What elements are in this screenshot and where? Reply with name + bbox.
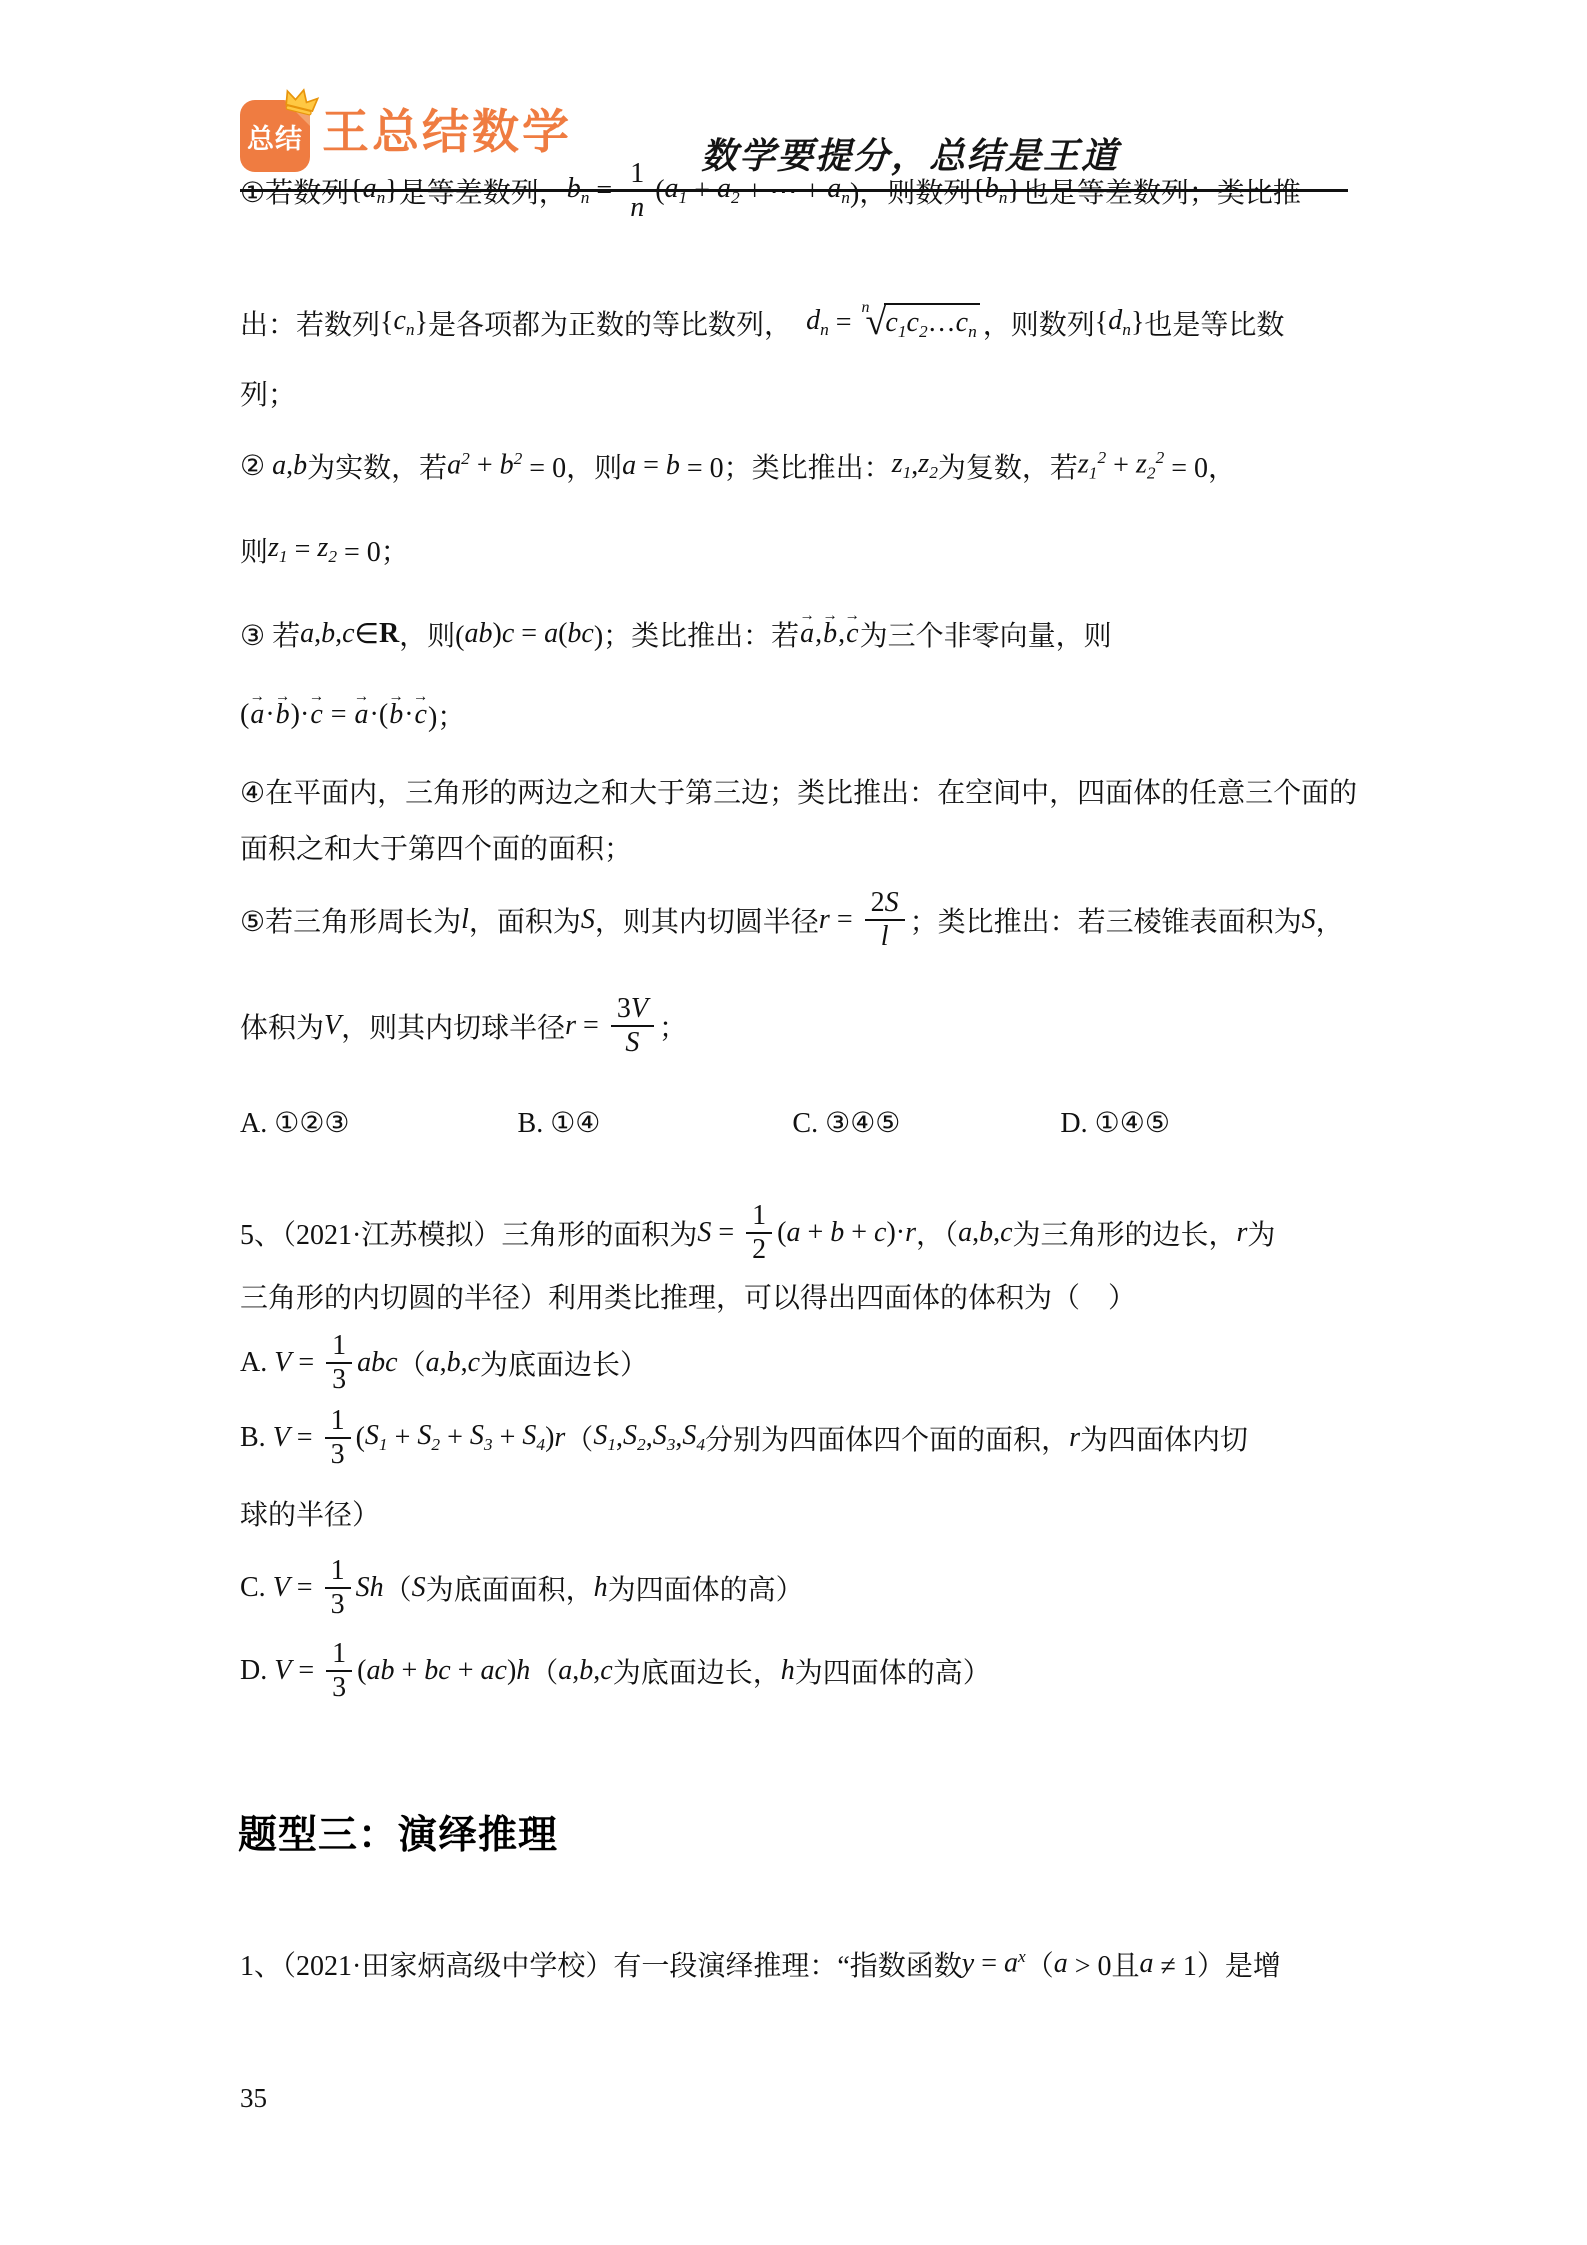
q4-item-5-cont: 体积为V，则其内切球半径r = 3VS； [240, 978, 687, 1073]
q5-option-a: A. V = 13abc（a,b,c为底面边长） [240, 1320, 648, 1405]
q4-item-1-cont: 出：若数列{cn}是各项都为正数的等比数列， dn = n√c1c2…cn，则数… [240, 285, 1284, 360]
q5-option-d: D. V = 13(ab + bc + ac)h（a,b,c为底面边长，h为四面… [240, 1628, 991, 1713]
q5-option-c: C. V = 13Sh（S为底面面积，h为四面体的高） [240, 1545, 804, 1630]
q5-stem-cont: 三角形的内切圆的半径）利用类比推理，可以得出四面体的体积为（ ） [240, 1268, 1136, 1323]
document-page: 总结 王总结数学 数学要提分，总结是王道 ①若数列{an}是等差数列，bn = … [0, 0, 1587, 2245]
q4-item-2-cont: 则z1 = z2 = 0； [240, 522, 409, 577]
q5-option-b-cont: 球的半径） [240, 1485, 380, 1540]
q5-option-b: B. V = 13(S1 + S2 + S3 + S4)r（S1,S2,S3,S… [240, 1395, 1248, 1480]
q4-item-1: ①若数列{an}是等差数列，bn = 1n(a1 + a2 + ⋯ + an)，… [240, 143, 1301, 238]
q4-options-row: A. ①②③B. ①④C. ③④⑤D. ①④⑤ [240, 1095, 1170, 1150]
q4-item-4-cont: 面积之和大于第四个面的面积； [240, 819, 632, 874]
q1-deduction-stem: 1、（2021·田家炳高级中学校）有一段演绎推理：“指数函数y = ax（a >… [240, 1936, 1281, 1991]
q5-stem: 5、（2021·江苏模拟）三角形的面积为S = 12(a + b + c)·r，… [240, 1185, 1275, 1280]
q4-item-1-end: 列； [240, 365, 296, 420]
q4-item-5: ⑤若三角形周长为l，面积为S，则其内切圆半径r = 2Sl；类比推出：若三棱锥表… [240, 872, 1344, 967]
q4-item-3: ③ 若a,b,c∈R，则(ab)c = a(bc)；类比推出：若→a,→b,→c… [240, 606, 1112, 661]
section-heading: 题型三：演绎推理 [238, 1804, 558, 1860]
q4-item-4: ④在平面内，三角形的两边之和大于第三边；类比推出：在空间中，四面体的任意三个面的 [240, 763, 1357, 818]
q4-item-3-cont: (→a·→b)·→c = →a·(→b·→c)； [240, 675, 465, 755]
page-number: 35 [240, 2083, 267, 2114]
q4-item-2: ② a,b为实数，若a2 + b2 = 0，则a = b = 0；类比推出：z1… [240, 438, 1236, 493]
